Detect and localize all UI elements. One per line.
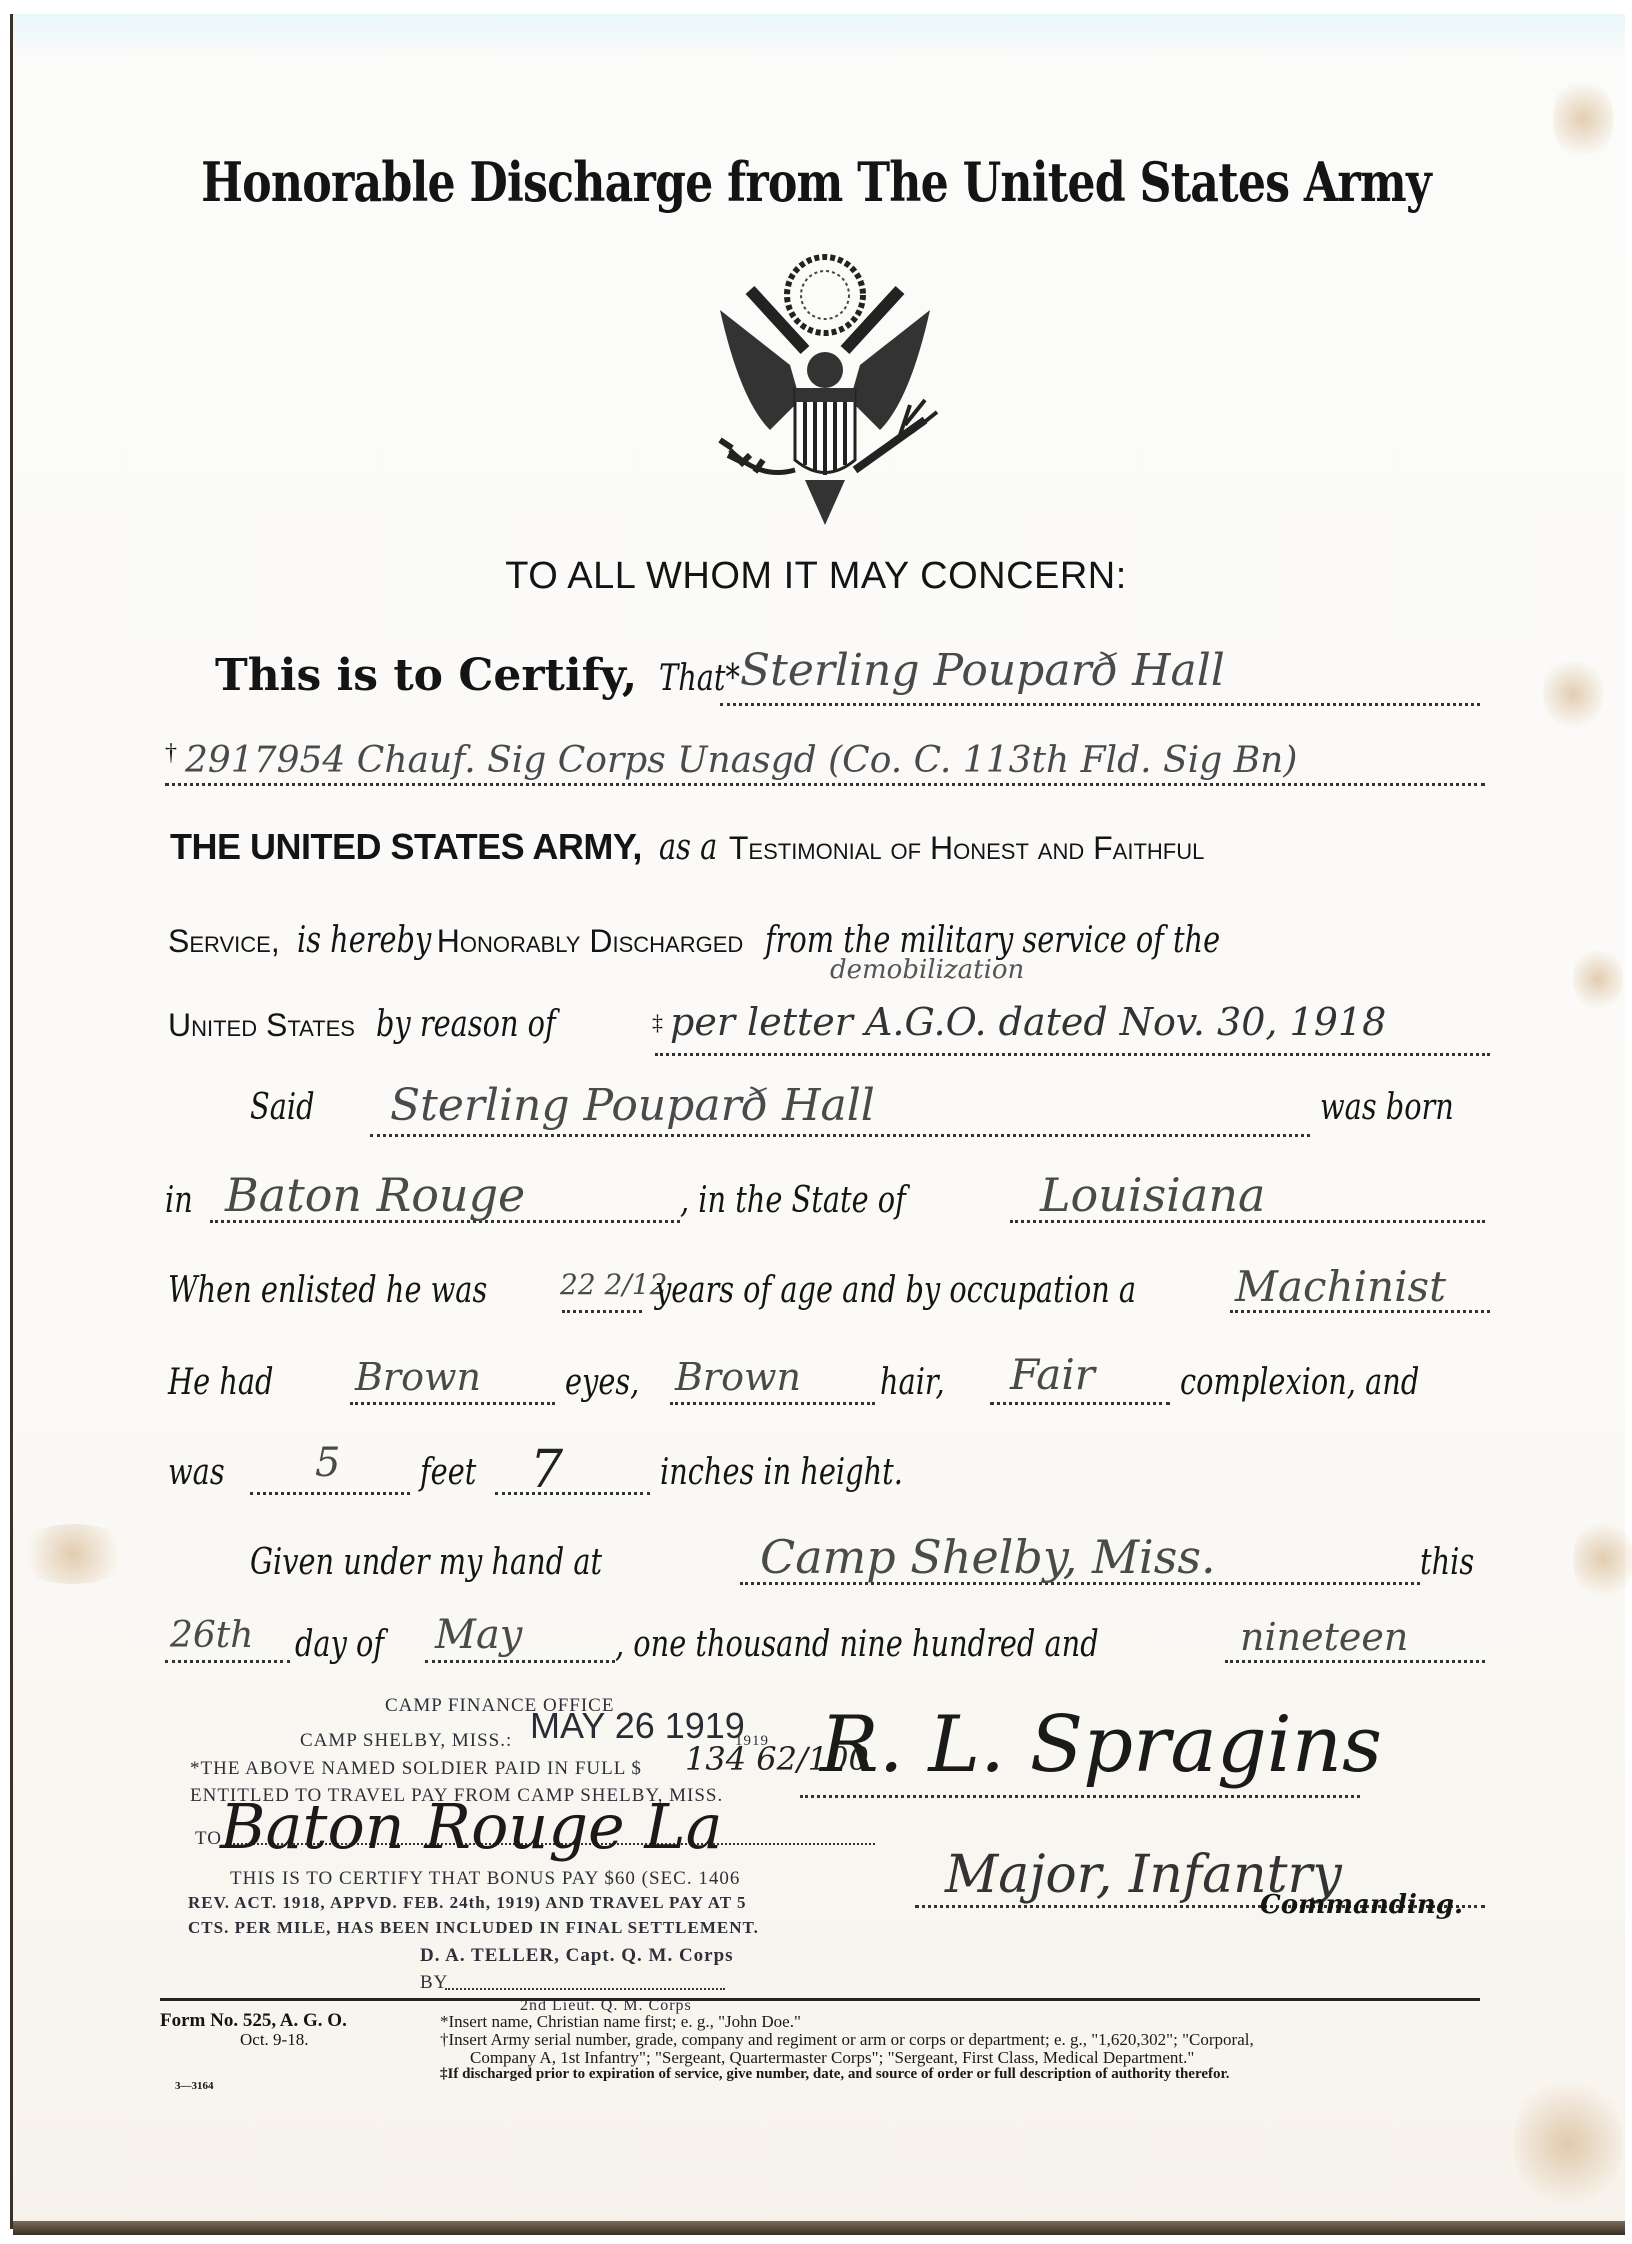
one-thousand-label: , one thousand nine hundred and [615,1622,1220,1666]
age-field-line [562,1310,642,1313]
month-field: May [435,1612,522,1658]
soldier-name-field: Sterling Pouparð Hall [740,645,1225,696]
stamp-to-destination: Baton Rouge La [220,1790,723,1863]
stamp-by-label: BY [420,1972,448,1994]
form-number: Form No. 525, A. G. O. [160,2010,347,2032]
year-field: nineteen [1240,1615,1408,1659]
said-label: Said [250,1085,331,1129]
complexion-field-line [990,1402,1170,1405]
year-field-line [1225,1660,1485,1663]
footnote-name: *Insert name, Christian name first; e. g… [440,2012,801,2032]
commanding-officer-signature: R. L. Spragins [820,1700,1382,1790]
day-of-label: day of [295,1622,406,1666]
complexion-label: complexion, and [1180,1360,1479,1404]
inches-label: inches in height. [660,1450,964,1494]
was-born-label: was born [1320,1085,1487,1129]
given-place-field: Camp Shelby, Miss. [760,1530,1216,1584]
form-date: Oct. 9-18. [240,2030,308,2050]
given-under-label: Given under my hand at [250,1540,690,1584]
hair-field-line [670,1402,875,1405]
footnote-serial: †Insert Army serial number, grade, compa… [440,2030,1254,2050]
stamp-paid-line: *THE ABOVE NAMED SOLDIER PAID IN FULL $ [190,1758,642,1780]
reason-mark: ‡ [652,1010,663,1036]
stamp-officer: D. A. TELLER, Capt. Q. M. Corps [420,1945,734,1967]
paper-stain [1553,74,1613,164]
stamp-bonus-line3: CTS. PER MILE, HAS BEEN INCLUDED IN FINA… [188,1918,759,1938]
by-reason-of: by reason of [376,1004,556,1045]
honorably-discharged: Honorably Discharged [437,923,744,959]
day-field-line [165,1660,290,1663]
years-occupation-label: years of age and by occupation a [655,1268,1256,1312]
salutation: TO ALL WHOM IT MAY CONCERN: [0,555,1632,598]
as-a: as a [659,827,707,868]
paper-stain [1573,1514,1632,1604]
print-code: 3—3164 [175,2080,214,2092]
footer-divider [160,1998,1480,2001]
footnote-reason: ‡If discharged prior to expiration of se… [440,2066,1230,2083]
feet-field-line [250,1492,410,1495]
reason-insert-field: demobilization [830,955,1024,985]
hair-label: hair, [880,1360,961,1404]
reason-field: per letter A.G.O. dated Nov. 30, 1918 [670,1000,1386,1044]
day-field: 26th [170,1615,253,1656]
stamp-bonus-line2: REV. ACT. 1918, APPVD. FEB. 24th, 1919) … [188,1893,747,1913]
paper-stain [13,1524,133,1584]
serial-grade-unit-field: 2917954 Chauf. Sig Corps Unasgd (Co. C. … [185,740,1297,781]
paper-stain [1573,944,1623,1014]
stamp-by-field-line [445,1988,725,1990]
he-had-label: He had [168,1360,300,1404]
united-states: United States [168,1007,355,1043]
this-label: this [1420,1540,1488,1584]
inches-field-line [495,1492,650,1495]
paper-stain [1513,2074,1623,2214]
stamp-location: CAMP SHELBY, MISS.: [300,1730,512,1752]
document-title: Honorable Discharge from The United Stat… [147,150,1485,214]
eyes-field: Brown [355,1355,481,1399]
stamp-bonus-line1: THIS IS TO CERTIFY THAT BONUS PAY $60 (S… [230,1868,740,1890]
age-field: 22 2/12 [560,1268,667,1301]
army-name: THE UNITED STATES ARMY, [170,826,642,867]
hair-field: Brown [675,1355,801,1399]
stamp-to-label: TO [195,1828,222,1850]
reason-field-line [655,1053,1490,1056]
testimonial-line: THE UNITED STATES ARMY, as a Testimonial… [170,825,1204,869]
footnote-serial-cont: Company A, 1st Infantry"; "Sergeant, Qua… [470,2048,1194,2068]
signature-field-line [800,1795,1360,1798]
feet-label: feet [420,1450,490,1494]
reason-line: United States by reason of [168,1002,601,1046]
certify-prefix: This is to Certify, [215,650,637,701]
feet-field: 5 [315,1440,340,1486]
said-name-field-line [370,1134,1310,1137]
was-label: was [168,1450,239,1494]
service-word: Service, [168,923,280,959]
birthplace-field: Baton Rouge [225,1168,525,1222]
state-field: Louisiana [1040,1168,1265,1222]
name-field-line [720,703,1480,706]
commanding-label: Commanding. [1260,1890,1463,1920]
state-label: , in the State of [680,1178,962,1222]
occupation-field: Machinist [1235,1262,1446,1311]
service-line: Service, is hereby Honorably Discharged … [168,918,1334,962]
complexion-field: Fair [1010,1350,1095,1399]
paper-stain [1543,654,1603,734]
certify-line: This is to Certify, That* [215,650,760,701]
month-field-line [425,1660,615,1663]
enlisted-label: When enlisted he was [168,1268,567,1312]
certify-that: That* [659,658,740,699]
serial-mark: † [165,740,177,767]
eyes-field-line [350,1402,555,1405]
serial-field-line [165,783,1485,786]
eyes-label: eyes, [565,1360,658,1404]
said-name-field: Sterling Pouparð Hall [390,1080,875,1131]
eagle-seal-icon [700,250,950,530]
testimonial-text: Testimonial of Honest and Faithful [729,830,1204,866]
is-hereby: is hereby [297,920,401,961]
inches-field: 7 [530,1440,563,1500]
in-label: in [165,1178,200,1222]
